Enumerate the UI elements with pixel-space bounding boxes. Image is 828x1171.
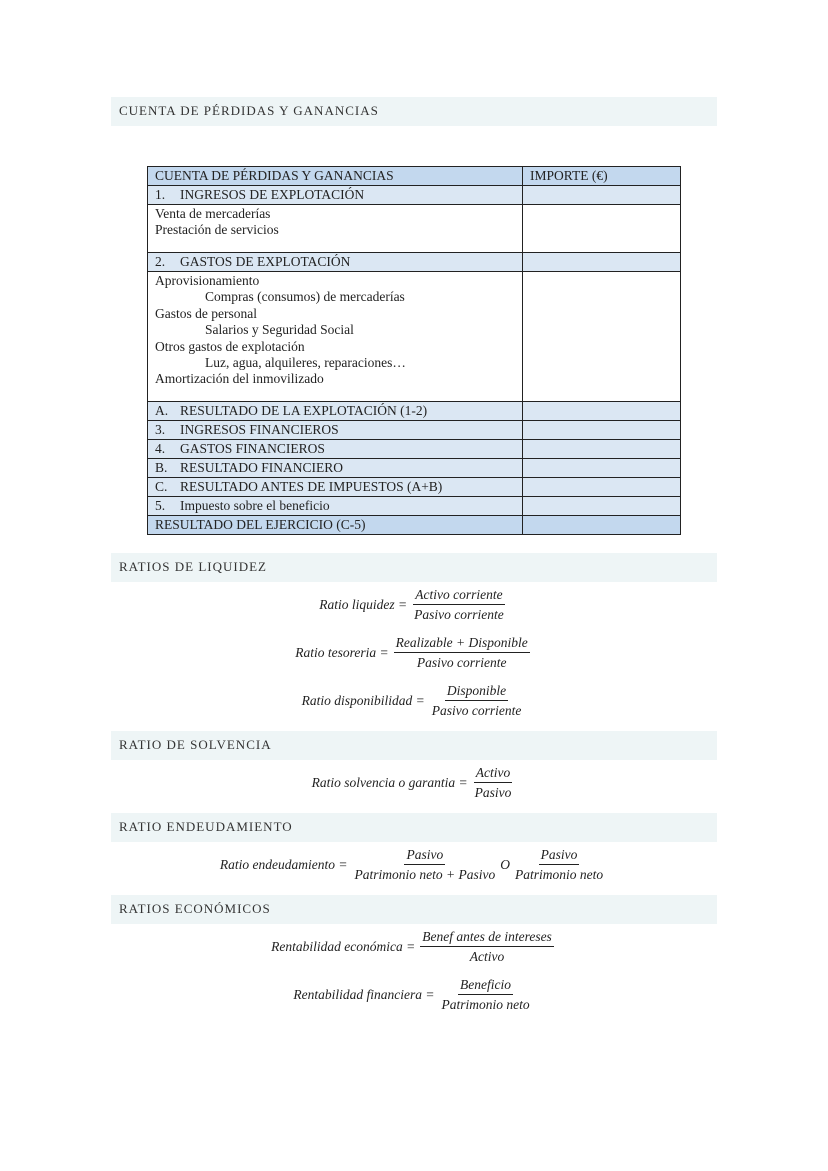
- table-row: 3.INGRESOS FINANCIEROS: [148, 421, 681, 440]
- header-amount: IMPORTE (€): [523, 167, 681, 186]
- pyg-table: CUENTA DE PÉRDIDAS Y GANANCIAS IMPORTE (…: [147, 166, 681, 535]
- amount-cell[interactable]: [523, 205, 681, 253]
- table-row: 4.GASTOS FINANCIEROS: [148, 440, 681, 459]
- item: Aprovisionamiento: [155, 273, 515, 289]
- table-row: Aprovisionamiento Compras (consumos) de …: [148, 272, 681, 402]
- amount-cell[interactable]: [523, 272, 681, 402]
- table-header-row: CUENTA DE PÉRDIDAS Y GANANCIAS IMPORTE (…: [148, 167, 681, 186]
- table-row: B.RESULTADO FINANCIERO: [148, 459, 681, 478]
- section-header-economicos: RATIOS ECONÓMICOS: [111, 895, 717, 924]
- amount-cell[interactable]: [523, 253, 681, 272]
- formula-ratio-tesoreria: Ratio tesoreria = Realizable + Disponibl…: [0, 634, 828, 671]
- row-label: INGRESOS FINANCIEROS: [180, 422, 339, 437]
- table-row: A.RESULTADO DE LA EXPLOTACIÓN (1-2): [148, 402, 681, 421]
- formula-ratio-liquidez: Ratio liquidez = Activo corrientePasivo …: [0, 586, 828, 623]
- row-label: RESULTADO FINANCIERO: [180, 460, 343, 475]
- formula-ratio-solvencia: Ratio solvencia o garantia = ActivoPasiv…: [0, 764, 828, 801]
- amount-cell[interactable]: [523, 421, 681, 440]
- item: Otros gastos de explotación: [155, 339, 515, 355]
- formula-ratio-endeudamiento: Ratio endeudamiento = PasivoPatrimonio n…: [0, 846, 828, 883]
- amount-cell[interactable]: [523, 478, 681, 497]
- item: Salarios y Seguridad Social: [155, 322, 515, 338]
- section-title: RATIO ENDEUDAMIENTO: [119, 819, 293, 835]
- amount-cell[interactable]: [523, 459, 681, 478]
- item: Venta de mercaderías: [155, 206, 515, 222]
- table-row: C.RESULTADO ANTES DE IMPUESTOS (A+B): [148, 478, 681, 497]
- formula-rentabilidad-financiera: Rentabilidad financiera = BeneficioPatri…: [0, 976, 828, 1013]
- row-label: RESULTADO DE LA EXPLOTACIÓN (1-2): [180, 403, 427, 418]
- amount-cell[interactable]: [523, 497, 681, 516]
- amount-cell[interactable]: [523, 186, 681, 205]
- header-concept: CUENTA DE PÉRDIDAS Y GANANCIAS: [148, 167, 523, 186]
- table-row: 2.GASTOS DE EXPLOTACIÓN: [148, 253, 681, 272]
- row-label: RESULTADO ANTES DE IMPUESTOS (A+B): [180, 479, 442, 494]
- item: Prestación de servicios: [155, 222, 515, 238]
- item: Luz, agua, alquileres, reparaciones…: [155, 355, 515, 371]
- row-label: RESULTADO DEL EJERCICIO (C-5): [148, 516, 523, 535]
- amount-cell[interactable]: [523, 402, 681, 421]
- formula-ratio-disponibilidad: Ratio disponibilidad = DisponiblePasivo …: [0, 682, 828, 719]
- table-row: 5.Impuesto sobre el beneficio: [148, 497, 681, 516]
- table-row: Venta de mercaderías Prestación de servi…: [148, 205, 681, 253]
- section-title: CUENTA DE PÉRDIDAS Y GANANCIAS: [119, 103, 379, 119]
- amount-cell[interactable]: [523, 440, 681, 459]
- row-label: GASTOS FINANCIEROS: [180, 441, 325, 456]
- table-row-final: RESULTADO DEL EJERCICIO (C-5): [148, 516, 681, 535]
- item: Amortización del inmovilizado: [155, 371, 515, 387]
- section-header-solvencia: RATIO DE SOLVENCIA: [111, 731, 717, 760]
- row-label: INGRESOS DE EXPLOTACIÓN: [180, 187, 364, 202]
- table-row: 1.INGRESOS DE EXPLOTACIÓN: [148, 186, 681, 205]
- row-label: Impuesto sobre el beneficio: [180, 498, 330, 513]
- item: Gastos de personal: [155, 306, 515, 322]
- section-header-liquidez: RATIOS DE LIQUIDEZ: [111, 553, 717, 582]
- section-title: RATIOS DE LIQUIDEZ: [119, 559, 267, 575]
- section-header-endeudamiento: RATIO ENDEUDAMIENTO: [111, 813, 717, 842]
- row-label: GASTOS DE EXPLOTACIÓN: [180, 254, 350, 269]
- formula-rentabilidad-economica: Rentabilidad económica = Benef antes de …: [0, 928, 828, 965]
- section-title: RATIOS ECONÓMICOS: [119, 901, 271, 917]
- item: Compras (consumos) de mercaderías: [155, 289, 515, 305]
- section-header-pyg: CUENTA DE PÉRDIDAS Y GANANCIAS: [111, 97, 717, 126]
- amount-cell[interactable]: [523, 516, 681, 535]
- section-title: RATIO DE SOLVENCIA: [119, 737, 272, 753]
